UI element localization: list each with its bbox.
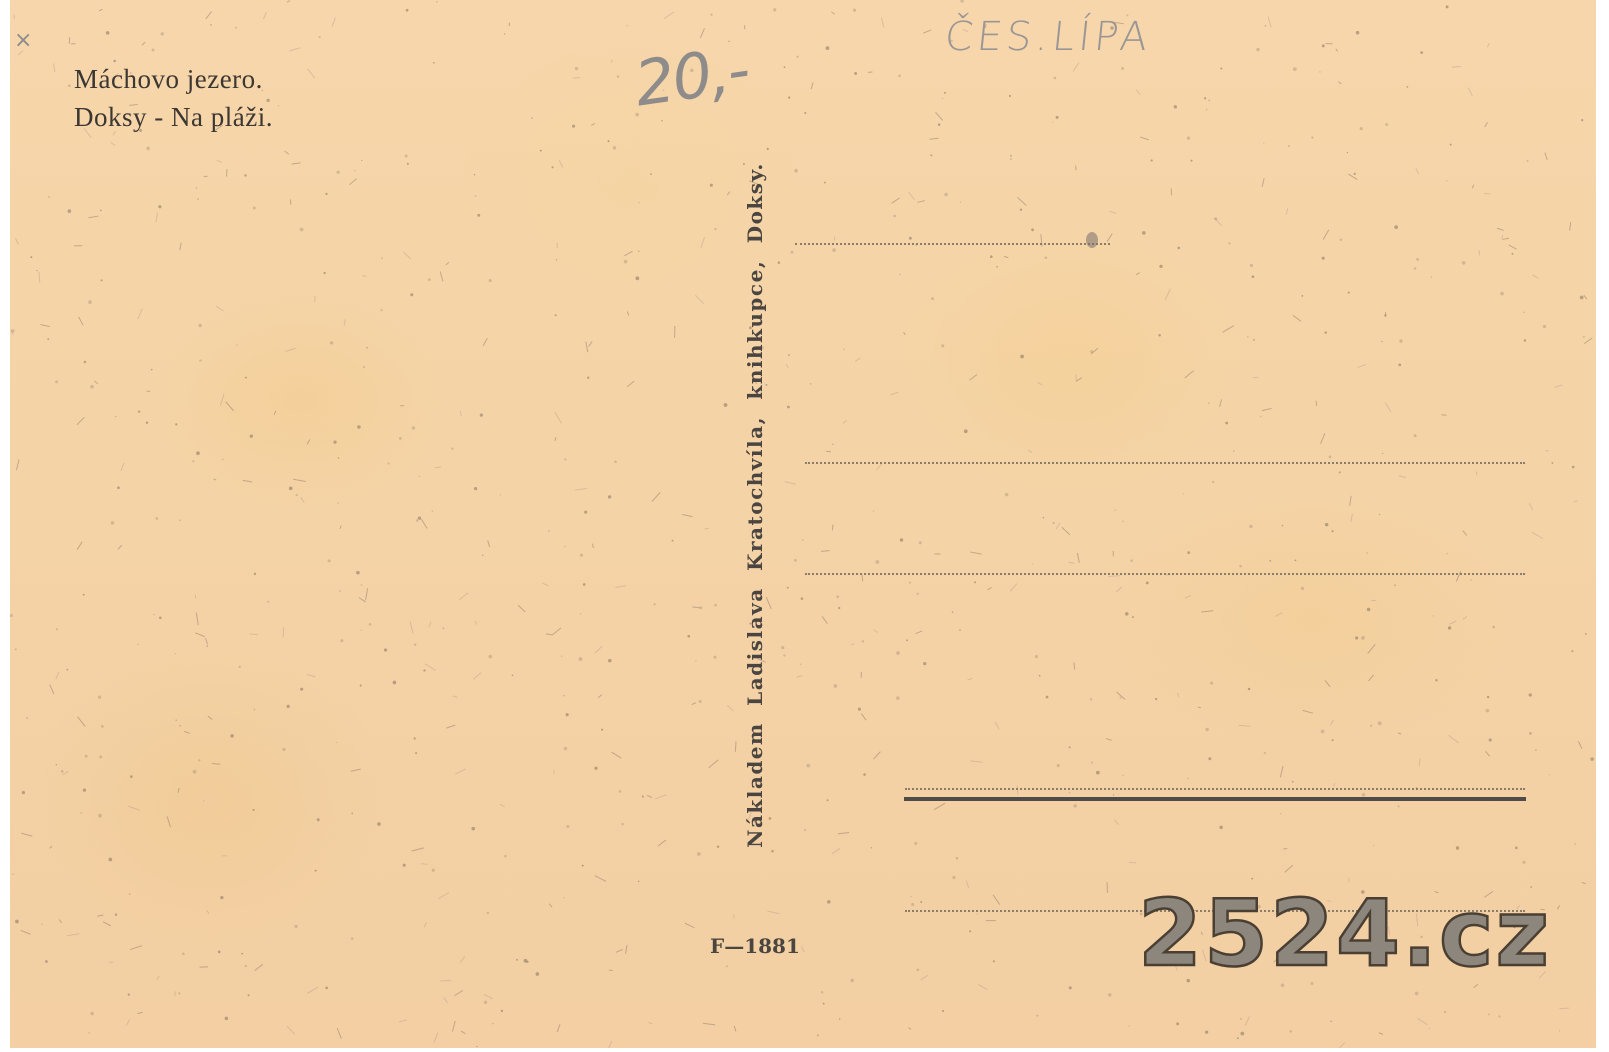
caption-line-2: Doksy - Na pláži. xyxy=(74,98,273,136)
pencil-price-note: 20,- xyxy=(630,32,752,120)
address-line-2 xyxy=(805,462,1525,464)
address-line-1 xyxy=(795,243,1110,245)
postcard-back: × Máchovo jezero. Doksy - Na pláži. 20,-… xyxy=(10,0,1596,1048)
pencil-place-note: ČES.LÍPA xyxy=(943,14,1154,60)
stain xyxy=(1086,232,1098,248)
address-line-3 xyxy=(805,573,1525,575)
serial-number: F—1881 xyxy=(710,934,800,958)
watermark-text: 2524.cz xyxy=(1138,880,1551,987)
address-underline xyxy=(904,797,1526,801)
corner-mark: × xyxy=(14,28,32,53)
publisher-imprint: Nákladem Ladislava Kratochvíla, knihkupc… xyxy=(743,162,767,848)
address-line-4 xyxy=(905,788,1525,790)
caption-line-1: Máchovo jezero. xyxy=(74,60,273,98)
photo-caption: Máchovo jezero. Doksy - Na pláži. xyxy=(74,60,273,136)
